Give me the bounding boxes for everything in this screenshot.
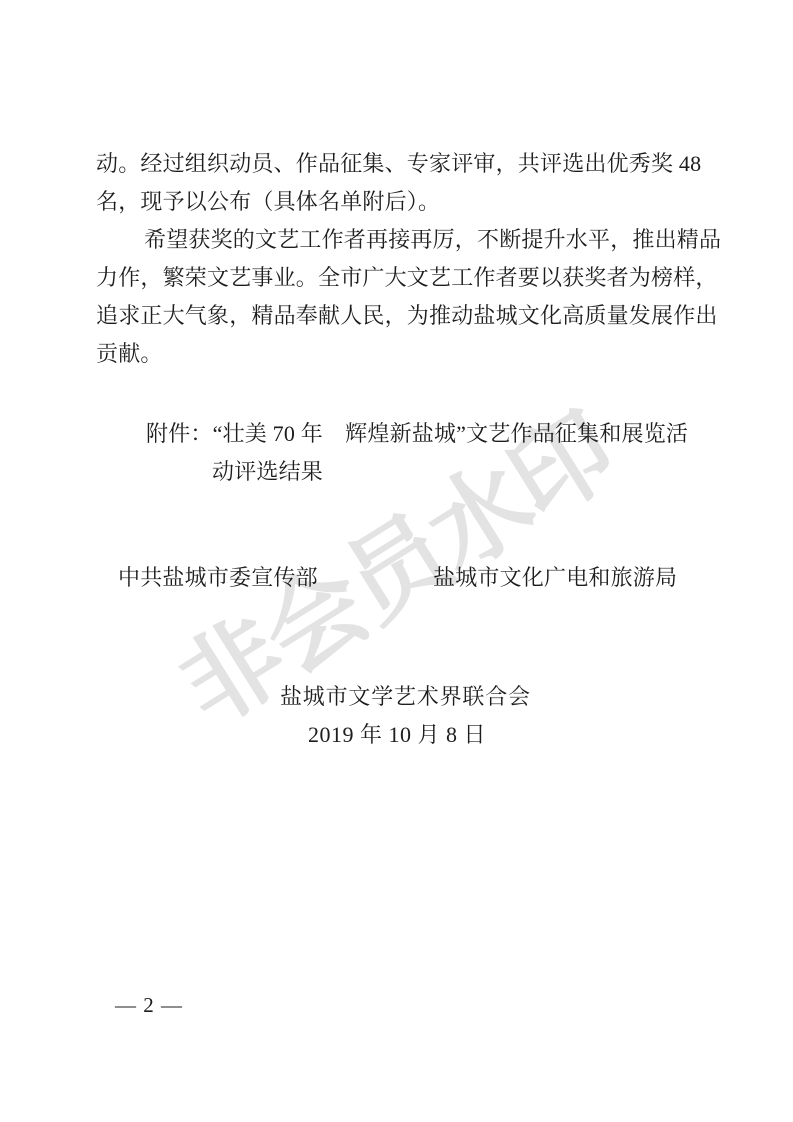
- body-line-3: 希望获奖的文艺工作者再接再厉，不断提升水平，推出精品: [144, 226, 721, 253]
- attachment-reference-line-2: 动评选结果: [212, 458, 323, 485]
- signature-org-left: 中共盐城市委宣传部: [118, 564, 318, 591]
- signature-org-right: 盐城市文化广电和旅游局: [433, 564, 677, 591]
- document-date: 2019 年 10 月 8 日: [308, 721, 486, 748]
- body-line-1: 动。经过组织动员、作品征集、专家评审，共评选出优秀奖 48: [96, 150, 701, 177]
- page-number: — 2 —: [115, 993, 183, 1018]
- body-line-2: 名，现予以公布（具体名单附后）。: [96, 188, 440, 215]
- body-line-6: 贡献。: [96, 340, 163, 367]
- document-page: 非会员水印 动。经过组织动员、作品征集、专家评审，共评选出优秀奖 48 名，现予…: [0, 0, 793, 1122]
- body-line-4: 力作，繁荣文艺事业。全市广大文艺工作者要以获奖者为榜样，: [96, 264, 718, 291]
- attachment-reference-line-1: 附件：“壮美 70 年 辉煌新盐城”文艺作品征集和展览活: [146, 420, 688, 447]
- body-line-5: 追求正大气象，精品奉献人民，为推动盐城文化高质量发展作出: [96, 302, 718, 329]
- issuer-organization: 盐城市文学艺术界联合会: [280, 683, 531, 710]
